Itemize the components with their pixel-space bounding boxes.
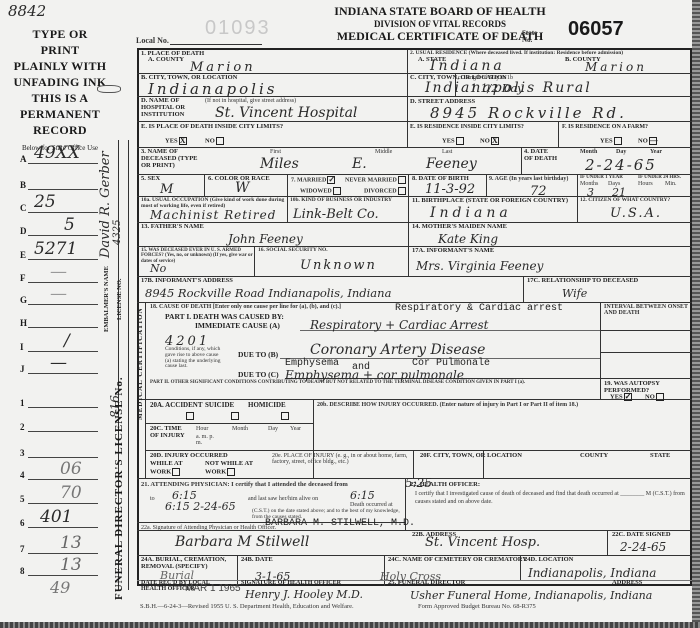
office-row-3: 3 — [20, 438, 98, 460]
division-name: DIVISION OF VITAL RECORDS — [290, 19, 590, 29]
under-1-year-label: IF UNDER 1 YEAR — [580, 175, 623, 180]
instruction-line: TYPE OR PRINT — [12, 26, 108, 58]
certificate-header: INDIANA STATE BOARD OF HEALTH DIVISION O… — [290, 4, 590, 44]
corner-note: 8842 — [8, 2, 46, 20]
res-city-limits-yes[interactable]: YES — [442, 137, 464, 145]
hour-label: Hour — [196, 426, 208, 432]
physician-signature: Barbara M Stilwell — [175, 534, 309, 550]
office-row-2: 2 — [20, 412, 98, 434]
res-city-value: Indianapolis Rural — [425, 80, 592, 96]
informant-address-value: 8945 Rockville Road Indianapolis, Indian… — [145, 286, 391, 300]
health-officer-label: 22. HEALTH OFFICER: — [410, 482, 480, 489]
autopsy-yes[interactable]: YES✓ — [610, 393, 632, 401]
last-name-label: Last — [442, 149, 452, 155]
age-label: 9. AGE (In years last birthday) — [489, 176, 575, 182]
ampm-label: a. m. p. m. — [196, 434, 216, 447]
checkbox-homicide[interactable] — [281, 412, 289, 420]
office-row-c: C25 — [20, 193, 98, 215]
injury-day-label: Day — [268, 426, 278, 432]
location-label: 24d. LOCATION — [524, 557, 573, 564]
immediate-cause-hand: Respiratory + Cardiac Arrest — [310, 318, 488, 332]
date-of-death-label: 4. DATE OF DEATH — [524, 149, 558, 163]
last-saw-label: and last saw her/him alive on — [248, 496, 318, 502]
ssn-label: 16. SOCIAL SECURITY NO. — [258, 248, 328, 254]
time-of-injury-label: 20c. TIME OF INJURY — [150, 426, 190, 440]
immediate-cause-typed: Respiratory & Cardiac arrest — [395, 303, 563, 314]
checkbox-yes: X — [179, 137, 187, 145]
birthplace-value: Indiana — [430, 205, 512, 221]
funeral-director-label: 25. FUNERAL DIRECTOR — [388, 580, 465, 587]
health-officer-signature-label: SIGNATURE OF HEALTH OFFICER — [241, 580, 341, 586]
due-to-c-label: DUE TO (c) — [238, 371, 279, 379]
middle-name-label: Middle — [375, 149, 392, 155]
date-of-death-value: 2-24-65 — [585, 156, 657, 174]
scan-edge-bottom — [0, 622, 700, 628]
office-row-g: G— — [20, 285, 98, 307]
office-row-4: 406 — [20, 460, 98, 482]
embalmer-name: David R. Gerber — [98, 151, 113, 258]
homicide-label: HOMICIDE — [248, 402, 286, 409]
office-row-b: B — [20, 170, 98, 192]
cause-section-label: 18. CAUSE OF DEATH [Enter only one cause… — [150, 304, 341, 310]
sex-value: M — [160, 182, 173, 197]
office-row-d: D5 — [20, 216, 98, 238]
business-value: Link-Belt Co. — [293, 207, 379, 222]
res-farm-label: f. IS RESIDENCE ON A FARM? — [562, 124, 648, 130]
injury-month-label: Month — [232, 426, 248, 432]
first-name-value: Miles — [260, 156, 299, 172]
office-row-h: H — [20, 308, 98, 330]
dob-value: 11-3-92 — [425, 182, 475, 197]
pod-city-limits-no[interactable]: NO — [205, 137, 224, 145]
birthplace-label: 11. BIRTHPLACE (State or foreign country… — [412, 198, 568, 205]
checkbox-autopsy-no — [656, 393, 664, 401]
funeral-director-address-label: ADDRESS — [612, 580, 642, 587]
res-state-value: Indiana — [430, 58, 505, 74]
autopsy-no[interactable]: NO — [645, 393, 664, 401]
place-of-injury-label: 20e. PLACE OF INJURY (e. g., in or about… — [272, 453, 410, 466]
license-no-label: LICENSE No. — [117, 278, 124, 320]
name-label: 3. NAME OF DECEASED (Type or print) — [141, 149, 205, 169]
conditions-note: Conditions, if any, which gave rise to a… — [165, 347, 225, 370]
scan-edge-right — [692, 0, 700, 628]
res-city-limits-label: e. IS RESIDENCE INSIDE CITY LIMITS? — [410, 124, 524, 130]
res-farm-yes[interactable]: YES — [600, 137, 622, 145]
checkbox-yes — [614, 137, 622, 145]
local-no-stamp: 01093 — [205, 17, 271, 40]
checkbox-yes — [456, 137, 464, 145]
dod-year-label: Year — [650, 149, 662, 155]
res-street-value: 8945 Rockville Rd. — [430, 104, 627, 122]
immediate-cause-label: IMMEDIATE CAUSE (a) — [195, 322, 280, 330]
office-extra-value: 49 — [50, 578, 70, 597]
document-title: MEDICAL CERTIFICATE OF DEATH — [290, 29, 590, 44]
informant-value: Mrs. Virginia Feeney — [416, 259, 543, 273]
instructions-block: TYPE OR PRINT PLAINLY WITH UNFADING INK … — [12, 26, 108, 152]
accident-label: 20a. ACCIDENT — [150, 402, 203, 409]
death-certificate-page: 8842 TYPE OR PRINT PLAINLY WITH UNFADING… — [0, 0, 700, 628]
injury-city-label: 20f. CITY, TOWN, OR LOCATION — [420, 453, 522, 460]
checkbox-no — [216, 137, 224, 145]
office-row-6: 6401 — [20, 508, 98, 530]
funeral-director-license-label: FUNERAL DIRECTOR'S LICENSE No. — [113, 376, 125, 600]
due-to-b-value: Coronary Artery Disease — [310, 342, 485, 358]
office-row-5: 570 — [20, 484, 98, 506]
relationship-label: 17c. RELATIONSHIP TO DECEASED — [527, 278, 638, 285]
instruction-line: RECORD — [12, 122, 108, 138]
burial-date-label: 24b. DATE — [241, 557, 273, 564]
health-officer-signature: Henry J. Hooley M.D. — [245, 588, 363, 601]
hand-pointer-icon — [97, 85, 121, 93]
office-row-a: A49XX — [20, 144, 98, 166]
checkbox-widowed — [333, 187, 341, 195]
instruction-line: PLAINLY WITH — [12, 58, 108, 74]
embalmer-license-no: 4325 — [112, 220, 123, 245]
occupation-value: Machinist Retired — [150, 208, 276, 222]
received-stamp: MAR 1 1965 — [185, 583, 241, 594]
office-row-8: 813 — [20, 556, 98, 578]
while-at-work-option[interactable]: WHILE AT WORK — [150, 461, 205, 476]
due-to-b-label: DUE TO (b) — [238, 351, 278, 359]
citizen-value: U.S.A. — [610, 206, 662, 221]
widowed-option[interactable]: WIDOWED — [300, 187, 341, 195]
checkbox-autopsy-yes: ✓ — [624, 393, 632, 401]
residence-label: 2. USUAL RESIDENCE (Where deceased lived… — [410, 51, 690, 57]
instruction-line: PERMANENT — [12, 106, 108, 122]
part-2-label: PART II. OTHER SIGNIFICANT CONDITIONS CO… — [150, 380, 600, 385]
not-while-at-work-option[interactable]: NOT WHILE AT WORK — [205, 461, 267, 476]
divorced-option[interactable]: DIVORCED — [364, 187, 406, 195]
pod-hospital-value: St. Vincent Hospital — [215, 105, 357, 121]
informant-address-label: 17b. INFORMANT'S ADDRESS — [141, 278, 233, 285]
last-name-value: Feeney — [426, 156, 477, 172]
checkbox-accident[interactable] — [186, 412, 194, 420]
office-row-j: J— — [20, 354, 98, 376]
checkbox-divorced — [398, 187, 406, 195]
funeral-director-value: Usher Funeral Home, Indianapolis, Indian… — [410, 589, 652, 602]
date-signed-value: 2-24-65 — [620, 540, 666, 554]
office-row-e: E5271 — [20, 240, 98, 262]
pod-county-label: a. COUNTY — [148, 57, 184, 64]
checkbox-never-married — [398, 176, 406, 184]
relationship-value: Wife — [562, 287, 587, 300]
hours-label: Hours — [638, 181, 653, 187]
checkbox-no: — — [649, 137, 657, 145]
injury-year-label: Year — [290, 426, 301, 432]
sex-label: 5. SEX — [141, 176, 160, 183]
injury-occurred-label: 20d. INJURY OCCURRED — [150, 453, 228, 460]
budget-bureau-no: Form Approved Budget Bureau No. 68-R375 — [418, 604, 536, 611]
res-farm-no[interactable]: NO— — [638, 137, 657, 145]
checkbox-while-at-work — [172, 468, 180, 476]
never-married-option[interactable]: NEVER MARRIED — [345, 176, 406, 184]
armed-forces-value: No — [150, 262, 166, 275]
physician-name-typed: BARBARA M. STILWELL, M.D. — [265, 518, 415, 529]
min-label: Min. — [665, 181, 677, 187]
checkbox-not-while-at-work — [227, 468, 235, 476]
pod-hospital-hint: (If not in hospital, give street address… — [205, 98, 296, 104]
office-row-1: 1 — [20, 388, 98, 410]
board-name: INDIANA STATE BOARD OF HEALTH — [290, 4, 590, 19]
checkbox-no: X — [491, 137, 499, 145]
signature-label: 22a. Signature of Attending Physician or… — [141, 525, 276, 531]
middle-name-value: E. — [352, 156, 367, 172]
mother-value: Kate King — [438, 232, 498, 246]
mother-label: 14. MOTHER'S MAIDEN NAME — [412, 224, 507, 231]
cemetery-label: 24c. NAME OF CEMETERY OR CREMATORY — [388, 557, 527, 564]
death-time-value: 6:15 2-24-65 — [165, 500, 236, 513]
pod-city-limits-label: e. IS PLACE OF DEATH INSIDE CITY LIMITS? — [141, 124, 283, 131]
interval-label: INTERVAL BETWEEN ONSET AND DEATH — [604, 304, 690, 317]
form-code: S.B.H.—6-24-3—Revised 1955 U. S. Departm… — [140, 604, 354, 611]
pod-city-limits-yes[interactable]: YESX — [165, 137, 187, 145]
state-no: 06057 — [568, 18, 624, 41]
date-signed-label: 22c. DATE SIGNED — [612, 532, 671, 539]
office-row-f: F— — [20, 263, 98, 285]
medical-certification-label: MEDICAL CERTIFICATION — [137, 307, 144, 420]
describe-injury-label: 20b. DESCRIBE HOW INJURY OCCURRED. (Ente… — [317, 402, 578, 408]
checkbox-married: ✓ — [327, 176, 335, 184]
suicide-label: SUICIDE — [205, 402, 234, 409]
local-no-label: Local No. — [136, 37, 169, 45]
ssn-value: Unknown — [300, 258, 377, 273]
office-row-7: 713 — [20, 534, 98, 556]
pod-hospital-label: d. NAME OF HOSPITAL OR INSTITUTION — [141, 98, 201, 118]
res-city-limits-no[interactable]: NOX — [480, 137, 499, 145]
father-label: 13. FATHER'S NAME — [141, 224, 204, 231]
citizen-label: 12. CITIZEN OF WHAT COUNTRY? — [580, 198, 670, 204]
married-option[interactable]: 7. MARRIED✓ — [291, 176, 335, 184]
pod-city-value: Indianapolis — [148, 80, 277, 98]
embalmer-name-label: EMBALMER'S NAME — [104, 266, 111, 332]
injury-state-label: STATE — [650, 453, 670, 460]
res-county-value: Marion — [585, 60, 647, 74]
health-officer-text: I certify that I investigated cause of d… — [415, 490, 687, 507]
under-24-hrs-label: IF UNDER 24 HRS. — [638, 175, 681, 180]
injury-county-label: COUNTY — [580, 453, 608, 460]
last-saw-value: 6:15 — [350, 489, 375, 502]
race-value: W — [235, 180, 249, 196]
instruction-line: THIS IS A — [12, 90, 108, 106]
part-1-label: PART I. DEATH WAS CAUSED BY: — [165, 313, 284, 321]
dod-month-label: Month — [580, 149, 597, 155]
business-label: 10b. KIND OF BUSINESS OR INDUSTRY — [290, 198, 392, 204]
office-row-i: I/ — [20, 332, 98, 354]
first-name-label: First — [270, 149, 281, 155]
informant-label: 17a. INFORMANT'S NAME — [412, 248, 494, 255]
father-value: John Feeney — [228, 232, 303, 246]
to-label: to — [150, 496, 155, 502]
physician-address-value: St. Vincent Hosp. — [425, 535, 540, 550]
physician-cert-label: 21. ATTENDING PHYSICIAN: I certify that … — [141, 482, 348, 489]
pod-county-value: Marion — [190, 60, 256, 75]
instruction-line: UNFADING INK — [12, 74, 108, 90]
state-no-label: State No. — [522, 30, 542, 45]
checkbox-suicide[interactable] — [231, 412, 239, 420]
location-value: Indianapolis, Indiana — [528, 566, 656, 580]
dod-day-label: Day — [616, 149, 626, 155]
